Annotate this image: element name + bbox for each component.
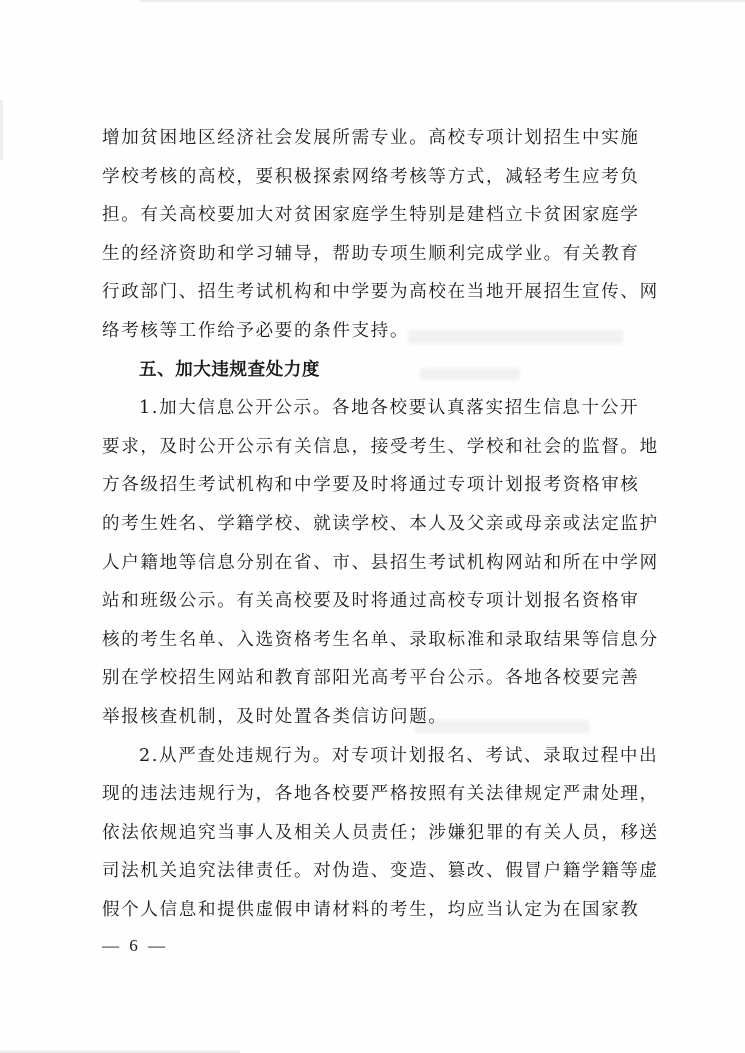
- text-line: 2.从严查处违规行为。对专项计划报名、考试、录取过程中出: [102, 737, 642, 776]
- page-number: — 6 —: [102, 936, 168, 956]
- paragraph-violation-handling: 2.从严查处违规行为。对专项计划报名、考试、录取过程中出 现的违法违规行为，各地…: [102, 737, 642, 930]
- text-line: 假个人信息和提供虚假申请材料的考生，均应当认定为在国家教: [102, 891, 642, 930]
- text-line: 行政部门、招生考试机构和中学要为高校在当地开展招生宣传、网: [102, 273, 642, 312]
- text-line: 络考核等工作给予必要的条件支持。: [102, 312, 642, 351]
- document-page: 增加贫困地区经济社会发展所需专业。高校专项计划招生中实施 学校考核的高校，要积极…: [0, 0, 745, 1053]
- scan-edge-bottom: [0, 1049, 240, 1053]
- text-line: 人户籍地等信息分别在省、市、县招生考试机构网站和所在中学网: [102, 544, 642, 583]
- scan-edge-left: [0, 100, 3, 160]
- text-line: 增加贫困地区经济社会发展所需专业。高校专项计划招生中实施: [102, 119, 642, 158]
- scan-edge-top: [140, 0, 745, 3]
- text-line: 1.加大信息公开公示。各地各校要认真落实招生信息十公开: [102, 389, 642, 428]
- text-line: 生的经济资助和学习辅导，帮助专项生顺利完成学业。有关教育: [102, 235, 642, 274]
- text-line: 担。有关高校要加大对贫困家庭学生特别是建档立卡贫困家庭学: [102, 196, 642, 235]
- text-line: 核的考生名单、入选资格考生名单、录取标准和录取结果等信息分: [102, 621, 642, 660]
- text-line: 要求，及时公开公示有关信息，接受考生、学校和社会的监督。地: [102, 428, 642, 467]
- paragraph-info-disclosure: 1.加大信息公开公示。各地各校要认真落实招生信息十公开 要求，及时公开公示有关信…: [102, 389, 642, 736]
- text-line: 别在学校招生网站和教育部阳光高考平台公示。各地各校要完善: [102, 659, 642, 698]
- text-line: 现的违法违规行为，各地各校要严格按照有关法律规定严肃处理，: [102, 775, 642, 814]
- text-line: 方各级招生考试机构和中学要及时将通过专项计划报考资格审核: [102, 466, 642, 505]
- text-line: 司法机关追究法律责任。对伪造、变造、篡改、假冒户籍学籍等虚: [102, 852, 642, 891]
- text-line: 站和班级公示。有关高校要及时将通过高校专项计划报名资格审: [102, 582, 642, 621]
- section-heading: 五、加大违规查处力度: [102, 351, 642, 390]
- text-line: 举报核查机制，及时处置各类信访问题。: [102, 698, 642, 737]
- text-line: 的考生姓名、学籍学校、就读学校、本人及父亲或母亲或法定监护: [102, 505, 642, 544]
- document-body: 增加贫困地区经济社会发展所需专业。高校专项计划招生中实施 学校考核的高校，要积极…: [102, 119, 642, 929]
- paragraph-continuation: 增加贫困地区经济社会发展所需专业。高校专项计划招生中实施 学校考核的高校，要积极…: [102, 119, 642, 351]
- text-line: 依法依规追究当事人及相关人员责任；涉嫌犯罪的有关人员，移送: [102, 814, 642, 853]
- text-line: 学校考核的高校，要积极探索网络考核等方式，减轻考生应考负: [102, 158, 642, 197]
